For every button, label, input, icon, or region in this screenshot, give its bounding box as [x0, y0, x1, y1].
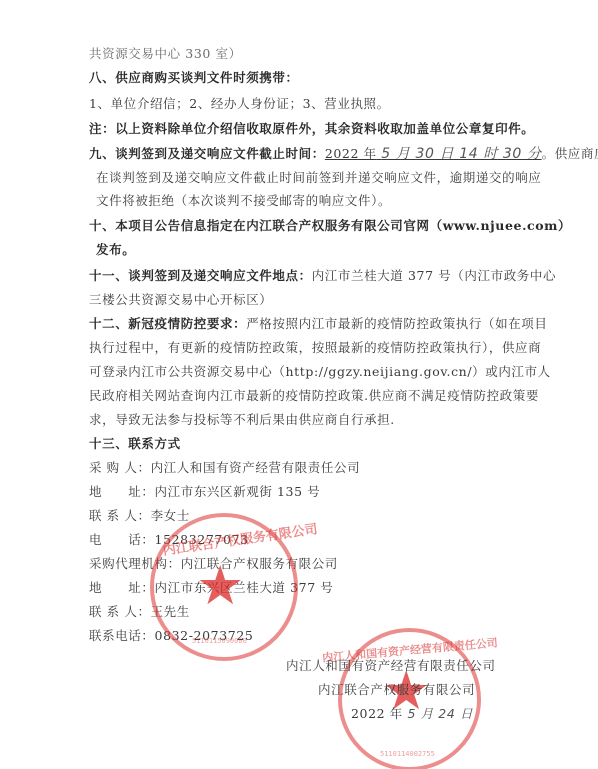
phone-label: 电 话： — [89, 532, 155, 547]
address-value: 内江市东兴区新观街 135 号 — [155, 484, 321, 499]
purchaser-label: 采 购 人： — [89, 460, 151, 475]
agency-contact-label: 联 系 人： — [89, 604, 151, 619]
section-12-line-5: 求，导致无法参与投标等不利后果由供应商自行承担. — [89, 412, 395, 428]
section-11-line-2: 三楼公共资源交易中心开标区） — [89, 292, 272, 308]
seal-code: 5110115090000 — [192, 637, 247, 645]
section-8-title: 八、供应商购买谈判文件时须携带： — [89, 70, 299, 86]
signature-org-2: 内江联合产权服务有限公司 — [318, 680, 475, 698]
section-12-line-2: 执行过程中，有更新的疫情防控政策，按照最新的疫情防控政策执行），供应商 — [89, 340, 541, 356]
contact-value: 李女士 — [151, 508, 190, 523]
section-11-line-1: 十一、谈判签到及递交响应文件地点：内江市兰桂大道 377 号（内江市政务中心 — [89, 268, 556, 284]
seal-text: 内江联合产权服务有限公司 — [161, 518, 318, 559]
section-12-line-4: 民政府相关网站查询内江市最新的疫情防控政策.供应商不满足疫情防控政策要 — [89, 388, 539, 404]
section-9-line-2: 在谈判签到及递交响应文件截止时间前签到并递交响应文件，逾期递交的响应 — [96, 170, 541, 186]
signature-date: 2022 年 5 月 24 日 — [351, 704, 473, 722]
section-12-title: 十二、新冠疫情防控要求： — [89, 316, 246, 331]
section-8-items: 1、单位介绍信；2、经办人身份证；3、营业执照。 — [89, 96, 390, 112]
section-12-value: 严格按照内江市最新的疫情防控政策执行（如在项目 — [246, 316, 547, 331]
section-9-title: 九、谈判签到及递交响应文件截止时间： — [89, 146, 325, 161]
signature-year: 2022 年 — [351, 706, 403, 721]
agency-phone-label: 联系电话： — [89, 628, 155, 643]
section-9-tail: 。供应商应 — [542, 146, 598, 161]
section-9-line-3: 文件将被拒绝（本次谈判不接受邮寄的响应文件）。 — [96, 193, 391, 209]
section-12-line-1: 十二、新冠疫情防控要求：严格按照内江市最新的疫情防控政策执行（如在项目 — [89, 316, 548, 332]
text-line: 共资源交易中心 330 室） — [89, 46, 242, 62]
deadline-handwritten: 5 月 30 日 14 时 30 分 — [381, 146, 541, 162]
purchaser-address-row: 地 址：内江市东兴区新观街 135 号 — [89, 484, 320, 500]
seal-code: 5110114002755 — [380, 750, 435, 758]
section-12-line-3: 可登录内江市公共资源交易中心（http://ggzy.neijiang.gov.… — [89, 364, 551, 380]
agency-address-label: 地 址： — [89, 580, 155, 595]
address-label: 地 址： — [89, 484, 155, 499]
section-8-note: 注：以上资料除单位介绍信收取原件外，其余资料收取加盖单位公章复印件。 — [89, 121, 534, 137]
purchaser-row: 采 购 人：内江人和国有资产经营有限责任公司 — [89, 460, 360, 476]
deadline-year: 2022 年 — [325, 146, 377, 161]
deadline-date: 2022 年 5 月 30 日 14 时 30 分 — [325, 146, 542, 161]
section-11-title: 十一、谈判签到及递交响应文件地点： — [89, 268, 312, 283]
section-13-title: 十三、联系方式 — [89, 436, 181, 452]
agency-official-seal: 内江联合产权服务有限公司 ★ 5110115090000 — [150, 513, 298, 661]
section-10-line-1: 十、本项目公告信息指定在内江联合产权服务有限公司官网（www.njuee.com… — [89, 218, 571, 234]
star-icon: ★ — [196, 559, 244, 613]
section-9-line-1: 九、谈判签到及递交响应文件截止时间：2022 年 5 月 30 日 14 时 3… — [89, 146, 598, 162]
section-10-line-2: 发布。 — [96, 242, 135, 258]
signature-org-1: 内江人和国有资产经营有限责任公司 — [286, 656, 496, 674]
document-page: 共资源交易中心 330 室） 八、供应商购买谈判文件时须携带： 1、单位介绍信；… — [0, 0, 598, 769]
signature-date-handwritten: 5 月 24 日 — [407, 706, 473, 721]
purchaser-contact-row: 联 系 人：李女士 — [89, 508, 190, 524]
purchaser-value: 内江人和国有资产经营有限责任公司 — [151, 460, 361, 475]
contact-label: 联 系 人： — [89, 508, 151, 523]
section-11-value: 内江市兰桂大道 377 号（内江市政务中心 — [312, 268, 556, 283]
purchaser-official-seal: 内江人和国有资产经营有限责任公司 ★ 5110114002755 — [338, 628, 481, 769]
